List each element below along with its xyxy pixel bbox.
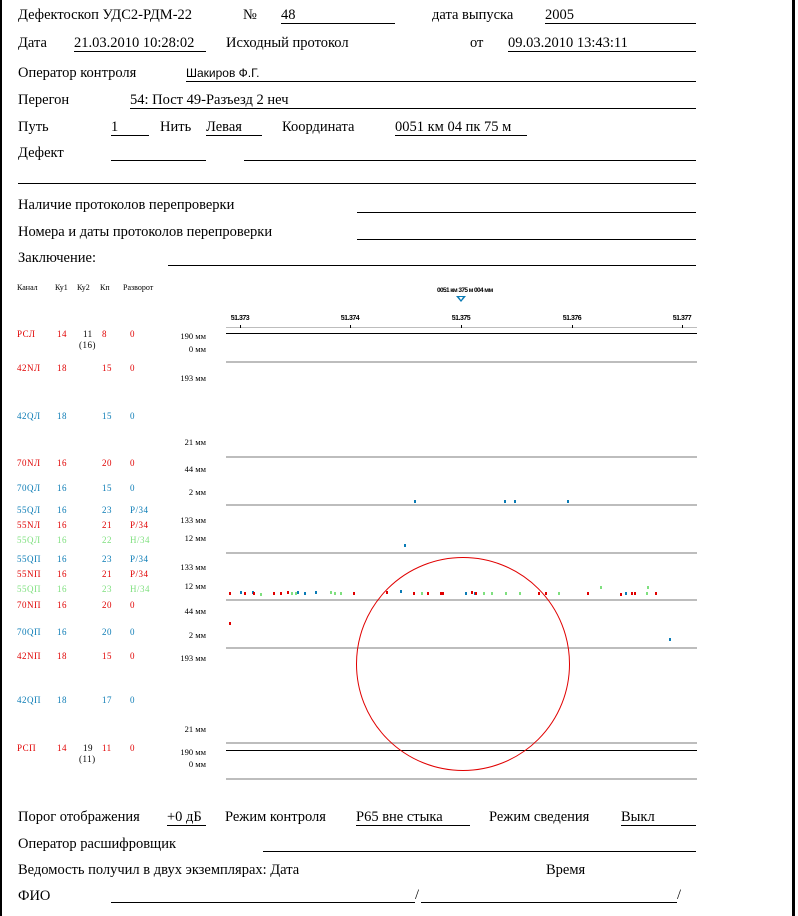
axis-tick-label: 51.375 <box>452 315 470 322</box>
position-marker-icon <box>456 296 466 302</box>
position-marker-label: 0051 км 375 м 004 мм <box>437 287 493 294</box>
depth-label: 190 мм <box>156 747 206 757</box>
channel-ku1: 18 <box>57 651 67 661</box>
coord-label: Координата <box>282 119 354 135</box>
channel-ku2: 19 <box>83 743 93 753</box>
channel-name: 42NП <box>17 651 41 661</box>
fio-label: ФИО <box>18 888 50 904</box>
channel-ku1: 16 <box>57 520 67 530</box>
defect-highlight-circle <box>356 557 570 771</box>
channel-name: 70QП <box>17 627 41 637</box>
col-turn: Разворот <box>123 283 153 293</box>
channel-kp: 23 <box>102 505 112 515</box>
defect-description-field[interactable] <box>244 160 696 161</box>
channel-kp: 15 <box>102 651 112 661</box>
channel-name: 70QЛ <box>17 483 41 493</box>
depth-label: 21 мм <box>156 437 206 447</box>
channel-kp: 15 <box>102 411 112 421</box>
channel-turn: 0 <box>130 483 135 493</box>
date-label: Дата <box>18 35 47 51</box>
fio-field-2[interactable] <box>421 902 677 903</box>
release-label: дата выпуска <box>432 7 513 23</box>
track-field[interactable]: 1 <box>111 119 149 136</box>
channel-turn: Р/34 <box>130 569 149 579</box>
channel-ku1: 16 <box>57 554 67 564</box>
channel-name: 70NЛ <box>17 458 41 468</box>
channel-turn: 0 <box>130 743 135 753</box>
channel-kp: 15 <box>102 483 112 493</box>
threshold-field[interactable]: +0 дБ <box>167 809 206 826</box>
depth-label: 44 мм <box>156 606 206 616</box>
channel-kp: 20 <box>102 600 112 610</box>
channel-name: 42NЛ <box>17 363 41 373</box>
channel-ku2-secondary: (16) <box>79 340 96 350</box>
merge-label: Режим сведения <box>489 809 589 825</box>
channel-kp: 11 <box>102 743 112 753</box>
depth-label: 2 мм <box>156 630 206 640</box>
channel-kp: 8 <box>102 329 107 339</box>
track-label: Путь <box>18 119 49 135</box>
channel-turn: Р/34 <box>130 554 149 564</box>
date-field[interactable]: 21.03.2010 10:28:02 <box>74 35 206 52</box>
channel-kp: 20 <box>102 458 112 468</box>
depth-label: 0 мм <box>156 759 206 769</box>
defect-extra-line[interactable] <box>18 183 696 184</box>
device-label: Дефектоскоп УДС2-РДМ-22 <box>18 7 192 23</box>
channel-ku1: 16 <box>57 483 67 493</box>
channel-ku1: 16 <box>57 627 67 637</box>
channel-name: 70NП <box>17 600 41 610</box>
depth-label: 12 мм <box>156 581 206 591</box>
col-channel: Канал <box>17 283 38 293</box>
channel-turn: 0 <box>130 695 135 705</box>
channel-kp: 21 <box>102 569 112 579</box>
channel-name: 55QЛ <box>17 535 41 545</box>
col-ku1: Ку1 <box>55 283 68 293</box>
channel-name: 55NЛ <box>17 520 41 530</box>
release-field[interactable]: 2005 <box>545 7 696 24</box>
channel-name: 55QП <box>17 554 41 564</box>
channel-turn: 0 <box>130 627 135 637</box>
channel-name: 42QЛ <box>17 411 41 421</box>
axis-tick-label: 51.373 <box>231 315 249 322</box>
depth-label: 0 мм <box>156 344 206 354</box>
channel-ku1: 16 <box>57 569 67 579</box>
number-label: № <box>243 7 257 23</box>
channel-ku1: 18 <box>57 363 67 373</box>
channel-ku1: 16 <box>57 584 67 594</box>
channel-ku1: 16 <box>57 505 67 515</box>
conclusion-label: Заключение: <box>18 250 96 266</box>
channel-turn: 0 <box>130 458 135 468</box>
channel-ku1: 18 <box>57 411 67 421</box>
number-field[interactable]: 48 <box>281 7 395 24</box>
channel-ku1: 18 <box>57 695 67 705</box>
decoder-label: Оператор расшифровщик <box>18 836 176 852</box>
channel-turn: Р/34 <box>130 505 149 515</box>
channel-name: 42QП <box>17 695 41 705</box>
channel-ku1: 14 <box>57 329 67 339</box>
axis-tick-label: 51.377 <box>673 315 691 322</box>
channel-name: 55NП <box>17 569 41 579</box>
depth-label: 193 мм <box>156 653 206 663</box>
defect-label: Дефект <box>18 145 64 161</box>
mode-label: Режим контроля <box>225 809 326 825</box>
channel-name: РСП <box>17 743 36 753</box>
conclusion-field[interactable] <box>168 265 696 266</box>
axis-tick-label: 51.374 <box>341 315 359 322</box>
time-label: Время <box>546 862 585 878</box>
section-label: Перегон <box>18 92 69 108</box>
channel-name: РСЛ <box>17 329 36 339</box>
col-ku2: Ку2 <box>77 283 90 293</box>
channel-turn: 0 <box>130 600 135 610</box>
depth-label: 12 мм <box>156 533 206 543</box>
mode-field[interactable]: Р65 вне стыка <box>356 809 470 826</box>
depth-label: 133 мм <box>156 562 206 572</box>
received-label: Ведомость получил в двух экземплярах: Да… <box>18 862 299 878</box>
from-field[interactable]: 09.03.2010 13:43:11 <box>508 35 696 52</box>
source-label: Исходный протокол <box>226 35 349 51</box>
channel-turn: 0 <box>130 329 135 339</box>
channel-ku1: 16 <box>57 600 67 610</box>
depth-label: 193 мм <box>156 373 206 383</box>
depth-label: 44 мм <box>156 464 206 474</box>
recheck-presence-field[interactable] <box>357 212 696 213</box>
channel-kp: 22 <box>102 535 112 545</box>
channel-kp: 23 <box>102 584 112 594</box>
channel-name: 55QЛ <box>17 505 41 515</box>
operator-field[interactable]: Шакиров Ф.Г. <box>186 65 696 82</box>
decoder-field[interactable] <box>263 851 696 852</box>
channel-turn: Н/34 <box>130 584 150 594</box>
channel-kp: 15 <box>102 363 112 373</box>
channel-ku1: 16 <box>57 458 67 468</box>
recheck-presence-label: Наличие протоколов перепроверки <box>18 197 234 213</box>
channel-ku1: 14 <box>57 743 67 753</box>
channel-turn: Н/34 <box>130 535 150 545</box>
channel-kp: 21 <box>102 520 112 530</box>
channel-turn: 0 <box>130 411 135 421</box>
fio-separator-1: / <box>415 887 419 903</box>
recheck-numbers-field[interactable] <box>357 239 696 240</box>
depth-label: 190 мм <box>156 331 206 341</box>
depth-label: 133 мм <box>156 515 206 525</box>
threshold-label: Порог отображения <box>18 809 140 825</box>
channel-ku1: 16 <box>57 535 67 545</box>
channel-turn: 0 <box>130 363 135 373</box>
from-label: от <box>470 35 483 51</box>
axis-tick-label: 51.376 <box>563 315 581 322</box>
depth-label: 21 мм <box>156 724 206 734</box>
depth-label: 2 мм <box>156 487 206 497</box>
merge-field[interactable]: Выкл <box>621 809 696 826</box>
coord-field[interactable]: 0051 км 04 пк 75 м <box>395 119 527 136</box>
rail-label: Нить <box>160 119 191 135</box>
channel-turn: Р/34 <box>130 520 149 530</box>
rail-field[interactable]: Левая <box>206 119 262 136</box>
channel-ku2: 11 <box>83 329 93 339</box>
recheck-numbers-label: Номера и даты протоколов перепроверки <box>18 224 272 240</box>
operator-label: Оператор контроля <box>18 65 136 81</box>
channel-ku2-secondary: (11) <box>79 754 96 764</box>
channel-kp: 17 <box>102 695 112 705</box>
defect-field[interactable] <box>111 160 206 161</box>
channel-kp: 23 <box>102 554 112 564</box>
section-field[interactable]: 54: Пост 49-Разъезд 2 неч <box>130 92 696 109</box>
col-kp: Кп <box>100 283 110 293</box>
channel-name: 55QП <box>17 584 41 594</box>
channel-turn: 0 <box>130 651 135 661</box>
fio-separator-2: / <box>677 887 681 903</box>
channel-kp: 20 <box>102 627 112 637</box>
fio-field-1[interactable] <box>111 902 415 903</box>
